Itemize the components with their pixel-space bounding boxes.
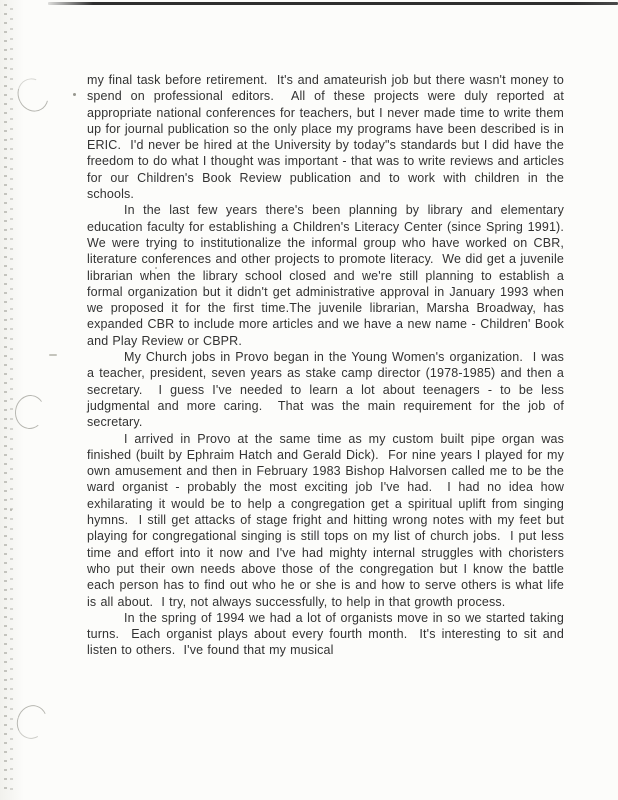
paragraph-4: I arrived in Provo at the same time as m…: [87, 431, 564, 610]
binder-perforation-marks: [4, 4, 7, 796]
paragraph-2: In the last few years there's been plann…: [87, 202, 564, 349]
scanned-page: my final task before retirement. It's an…: [0, 0, 618, 800]
paragraph-3: My Church jobs in Provo began in the You…: [87, 349, 564, 430]
paragraph-1-continuation: my final task before retirement. It's an…: [87, 72, 564, 202]
scan-speck: [49, 354, 57, 356]
paragraph-5: In the spring of 1994 we had a lot of or…: [87, 610, 564, 659]
binder-perforation-marks: [10, 4, 13, 796]
page-text-block: my final task before retirement. It's an…: [87, 72, 564, 659]
scan-top-edge-line: [48, 2, 618, 5]
scan-speck: [10, 509, 12, 511]
scan-speck: [73, 93, 76, 96]
